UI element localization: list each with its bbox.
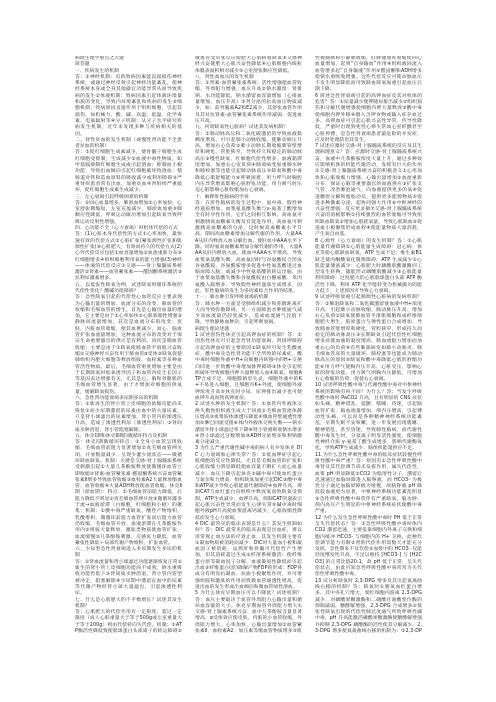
paragraph: 答：肺水肿一方面是受肺组织减少和弥散距离扩大而导致弥散障碍，另一方面肺泡水肿使通… xyxy=(195,302,302,327)
paragraph: 答：急性缺氧引起的代偿性心血管反应主要表现为心输出量的增加、血流分布的改变、肺血… xyxy=(75,295,182,396)
paragraph: 12 为什么发生急性呼吸性酸中毒时 PH 低于正常呈失代偿状态？答：①急性呼吸性… xyxy=(315,516,422,579)
paragraph: 答：①回心血量增多，肺淤血增加②心率加快、心室舒张期缩短，左室充盈减少，肺淤血加… xyxy=(75,201,182,226)
paragraph: 4 DIC 最常见的临床表现是什么？其发生机制如何？答：DIC 最常见的临床表现… xyxy=(195,522,302,591)
paragraph: 7 试述应激时交感-肾上腺髓质系统的反应及其生理病理意义？答：应激时交感-肾上腺… xyxy=(315,144,422,238)
paragraph: 五、以低张性缺氧为例，试述缺氧时循环系统的代偿性变化？酸碱功能障碍？ xyxy=(75,283,182,296)
paragraph: 九、何谓缺氧性心脏病？试述其发病机制？ xyxy=(195,125,302,131)
paragraph: 答：在肝性脑病的发生过程中，氨中毒、假性神经递质增加、血浆氨基酸失衡与γ-氨基丁… xyxy=(195,201,302,295)
paragraph: 答：①促红细胞生成素减少，使骨髓干细胞生成红细胞受抑制，生成减少②血液中毒性物质… xyxy=(75,150,182,194)
paragraph: 答：休克Ⅰ期微循环特点：①全身小血管呈现收缩、毛细血管前阻力显著增加②真毛细血管… xyxy=(75,440,182,547)
paragraph: 2 试述水肿的发生机制？答：①血管内外液体交换失衡致组织液生成大于回流②毛细血管… xyxy=(195,402,302,446)
document-text-columns: 病理生理学重点之大题 简答题 一、疾病发生的机制答：①神经机制：有的致病因素能直… xyxy=(75,56,422,638)
paragraph: 6 简述急性肾衰竭引起的高钾血症及其对机体的危害？答：①尿量减少使钾随尿排出减少… xyxy=(315,94,422,144)
paragraph: 10 试述呼吸性酸中毒与代谢性酸中毒对中枢神经系统的影响有何不同？为什么？答：当… xyxy=(315,383,422,452)
document-page: 病理生理学重点之大题 简答题 一、疾病发生的机制答：①神经机制：有的致病因素能直… xyxy=(0,0,496,702)
paragraph: 答：①肾素-血管紧张素系统：活性增强使血管收缩、外周阻力增强、血压升高②钠水潴留… xyxy=(195,81,302,125)
paragraph: 3 为什么严重代谢性碱中毒的病人有并发休克 DIC 心力衰竭和心律失常？答：①低… xyxy=(195,446,302,522)
paragraph: 六、少尿型急性肾衰竭进入多尿期发生多尿的机制 xyxy=(75,547,182,560)
paragraph: 答：①神经机制：有的致病因素能直接损伤神经系统，或通过神经反射引起神经功能紊乱，… xyxy=(75,75,182,138)
paragraph: 答：(1)心脏本身代偿性的方式①心率加快，最快速有效的代偿方式②心脏扩张(紧张源… xyxy=(75,232,182,282)
paragraph: 11 为什么急性呼吸性酸中毒的临床症状较慢性呼吸性酸中毒严重？答：原因有①急性呼… xyxy=(315,453,422,516)
paragraph: 9 试述呼吸衰竭引起肺源性心脏病的发病机制？答：①肺泡缺氧和二氧化碳潴留使血液中… xyxy=(315,295,422,383)
paragraph: 1 试述创伤性休克引起高钾血症的机制？答：①创伤性休克可引起急性肾功能衰竭，肾排… xyxy=(195,333,302,402)
paragraph: 答：①肾血流量和肾小球滤过功能逐渐恢复正常②新生的肾小管上皮细胞功能尚不成熟，钠… xyxy=(75,560,182,598)
paragraph: 答：①新再生的肾小管上皮细胞的浓缩功能尚未恢复②而少尿期潴留的尿素由血中的大量尿… xyxy=(75,402,182,433)
paragraph: 8 心源性（心力衰竭）的发生机制？答：①心肌能量代谢障碍①心肌能量生成障碍：冠心… xyxy=(315,239,422,296)
paragraph: 答：①肺动脉高压和二氧化碳潴留的导致血液黏稠度增高，可引起肺小动脉收缩，使肺动脉… xyxy=(195,132,302,195)
paragraph: 七、什么是心肌肥大的不平衡增长？试述其发生机制？ xyxy=(75,598,182,611)
paragraph-list: 一、疾病发生的机制答：①神经机制：有的致病因素能直接损伤神经系统，或通过神经反射… xyxy=(75,56,422,638)
paragraph: 二、肾性贫血的发生机制（或慢性肾功能不全患者贫血的机制） xyxy=(75,138,182,151)
